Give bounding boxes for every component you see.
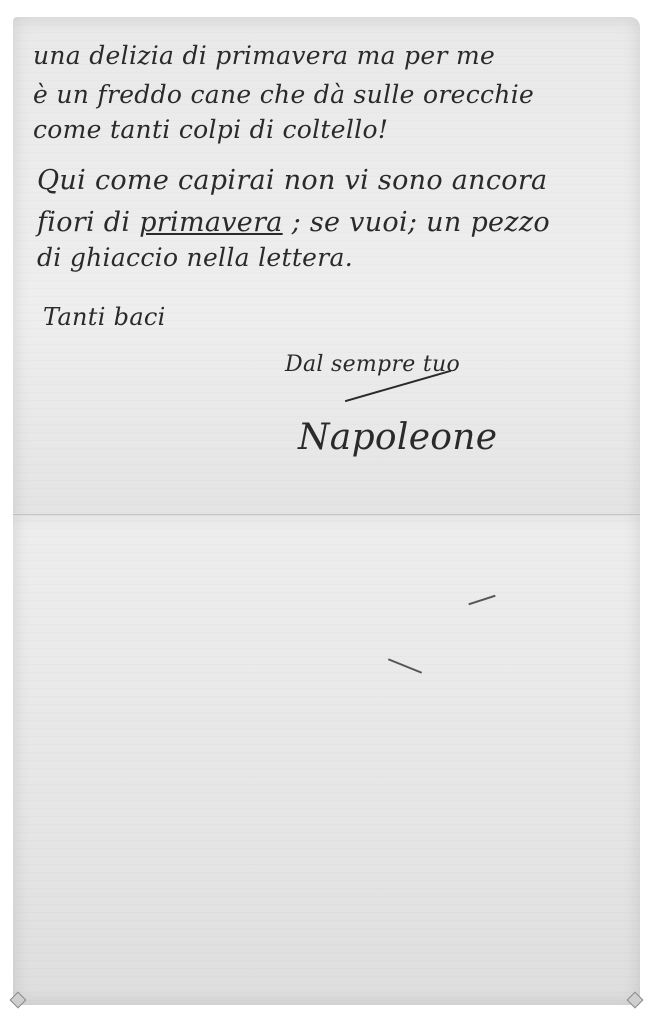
bent-corner-left — [10, 992, 27, 1009]
letter-line-5-start: fiori di — [37, 207, 130, 238]
letter-line-1: una delizia di primavera ma per me — [33, 41, 495, 70]
paper-fold-crease — [13, 513, 640, 516]
ink-mark — [468, 595, 495, 606]
underlined-word: primavera — [139, 207, 282, 238]
letter-line-5: fiori di primavera ; se vuoi; un pezzo — [37, 207, 550, 238]
letter-line-5-end: ; se vuoi; un pezzo — [292, 207, 550, 238]
closing: Dal sempre tuo — [285, 352, 460, 377]
greeting: Tanti baci — [43, 303, 166, 331]
letter-page: una delizia di primavera ma per me è un … — [13, 17, 640, 1005]
letter-line-2: è un freddo cane che dà sulle orecchie — [33, 80, 534, 109]
ink-mark — [388, 658, 422, 673]
signature: Napoleone — [298, 417, 497, 458]
letter-line-4: Qui come capirai non vi sono ancora — [37, 165, 547, 196]
bent-corner-right — [627, 992, 644, 1009]
letter-line-6: di ghiaccio nella lettera. — [37, 243, 353, 272]
letter-line-3: come tanti colpi di coltello! — [33, 115, 388, 144]
